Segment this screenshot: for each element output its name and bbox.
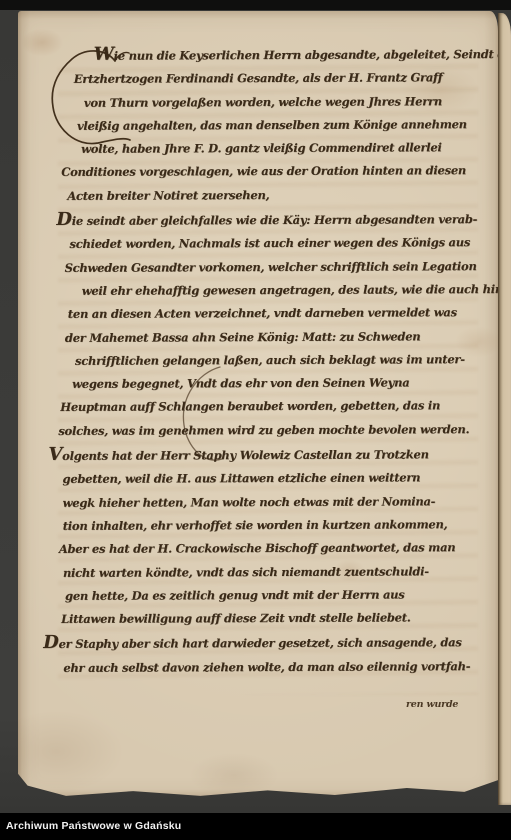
manuscript-line: Acten breiter Notiret zuersehen,: [67, 183, 489, 208]
manuscript-line: nicht warten köndte, vndt das sich niema…: [63, 560, 491, 585]
scan-top-bar: [0, 0, 511, 10]
manuscript-line: Die seindt aber gleichfalles wie die Käy…: [56, 206, 489, 233]
archive-scan: Wie nun die Keyserlichen Herrn abgesandt…: [0, 0, 511, 840]
manuscript-line: ehr auch selbst davon ziehen wolte, da m…: [63, 655, 491, 680]
manuscript-line: vleißig angehalten, das man denselben zu…: [77, 113, 489, 138]
manuscript-line: wolte, haben Jhre F. D. gantz vleißig Co…: [81, 136, 489, 161]
manuscript-line: Aber es hat der H. Crackowische Bischoff…: [59, 536, 491, 561]
manuscript-line: Ertzhertzogen Ferdinandi Gesandte, als d…: [74, 66, 489, 91]
manuscript-line: wegens begegnet, Vndt das ehr von den Se…: [72, 371, 490, 396]
manuscript-line: Littawen bewilligung auff diese Zeit vnd…: [61, 606, 491, 631]
manuscript-line: von Thurn vorgelaßen worden, welche wege…: [84, 90, 489, 115]
manuscript-line: solches, was im genehmen wird zu geben m…: [58, 418, 490, 443]
manuscript-line: wegk hieher hetten, Man wolte noch etwas…: [63, 490, 491, 515]
manuscript-page: Wie nun die Keyserlichen Herrn abgesandt…: [18, 11, 498, 799]
manuscript-line: der Mahemet Bassa ahn Seine König: Matt:…: [65, 325, 490, 350]
manuscript-line: Wie nun die Keyserlichen Herrn abgesandt…: [94, 41, 489, 68]
manuscript-text-block: Wie nun die Keyserlichen Herrn abgesandt…: [61, 41, 492, 680]
catchword: ren wurde: [406, 699, 458, 710]
manuscript-line: tion inhalten, ehr verhoffet sie worden …: [63, 513, 491, 538]
manuscript-line: Conditiones vorgeschlagen, wie aus der O…: [61, 160, 489, 185]
manuscript-line: schrifftlichen gelangen laßen, auch sich…: [75, 348, 490, 373]
manuscript-line: Schweden Gesandter vorkomen, welcher sch…: [65, 255, 490, 280]
manuscript-line: Heuptman auff Schlangen beraubet worden,…: [60, 395, 490, 420]
manuscript-line: Der Staphy aber sich hart darwieder gese…: [43, 629, 491, 656]
adjacent-page-edge: [498, 13, 511, 805]
archive-watermark-bar: Archiwum Państwowe w Gdańsku: [0, 813, 511, 840]
manuscript-line: weil ehr ehehafftig gewesen angetragen, …: [82, 278, 490, 303]
manuscript-line: schiedet worden, Nachmals ist auch einer…: [69, 231, 489, 256]
manuscript-line: Volgents hat der Herr Staphy Wolewiz Cas…: [48, 441, 490, 468]
archive-watermark-label: Archiwum Państwowe w Gdańsku: [6, 820, 181, 832]
manuscript-line: ten an diesen Acten verzeichnet, vndt da…: [68, 301, 490, 326]
manuscript-line: gen hette, Da es zeitlich genug vndt mit…: [65, 583, 491, 608]
manuscript-line: gebetten, weil die H. aus Littawen etzli…: [62, 466, 490, 491]
